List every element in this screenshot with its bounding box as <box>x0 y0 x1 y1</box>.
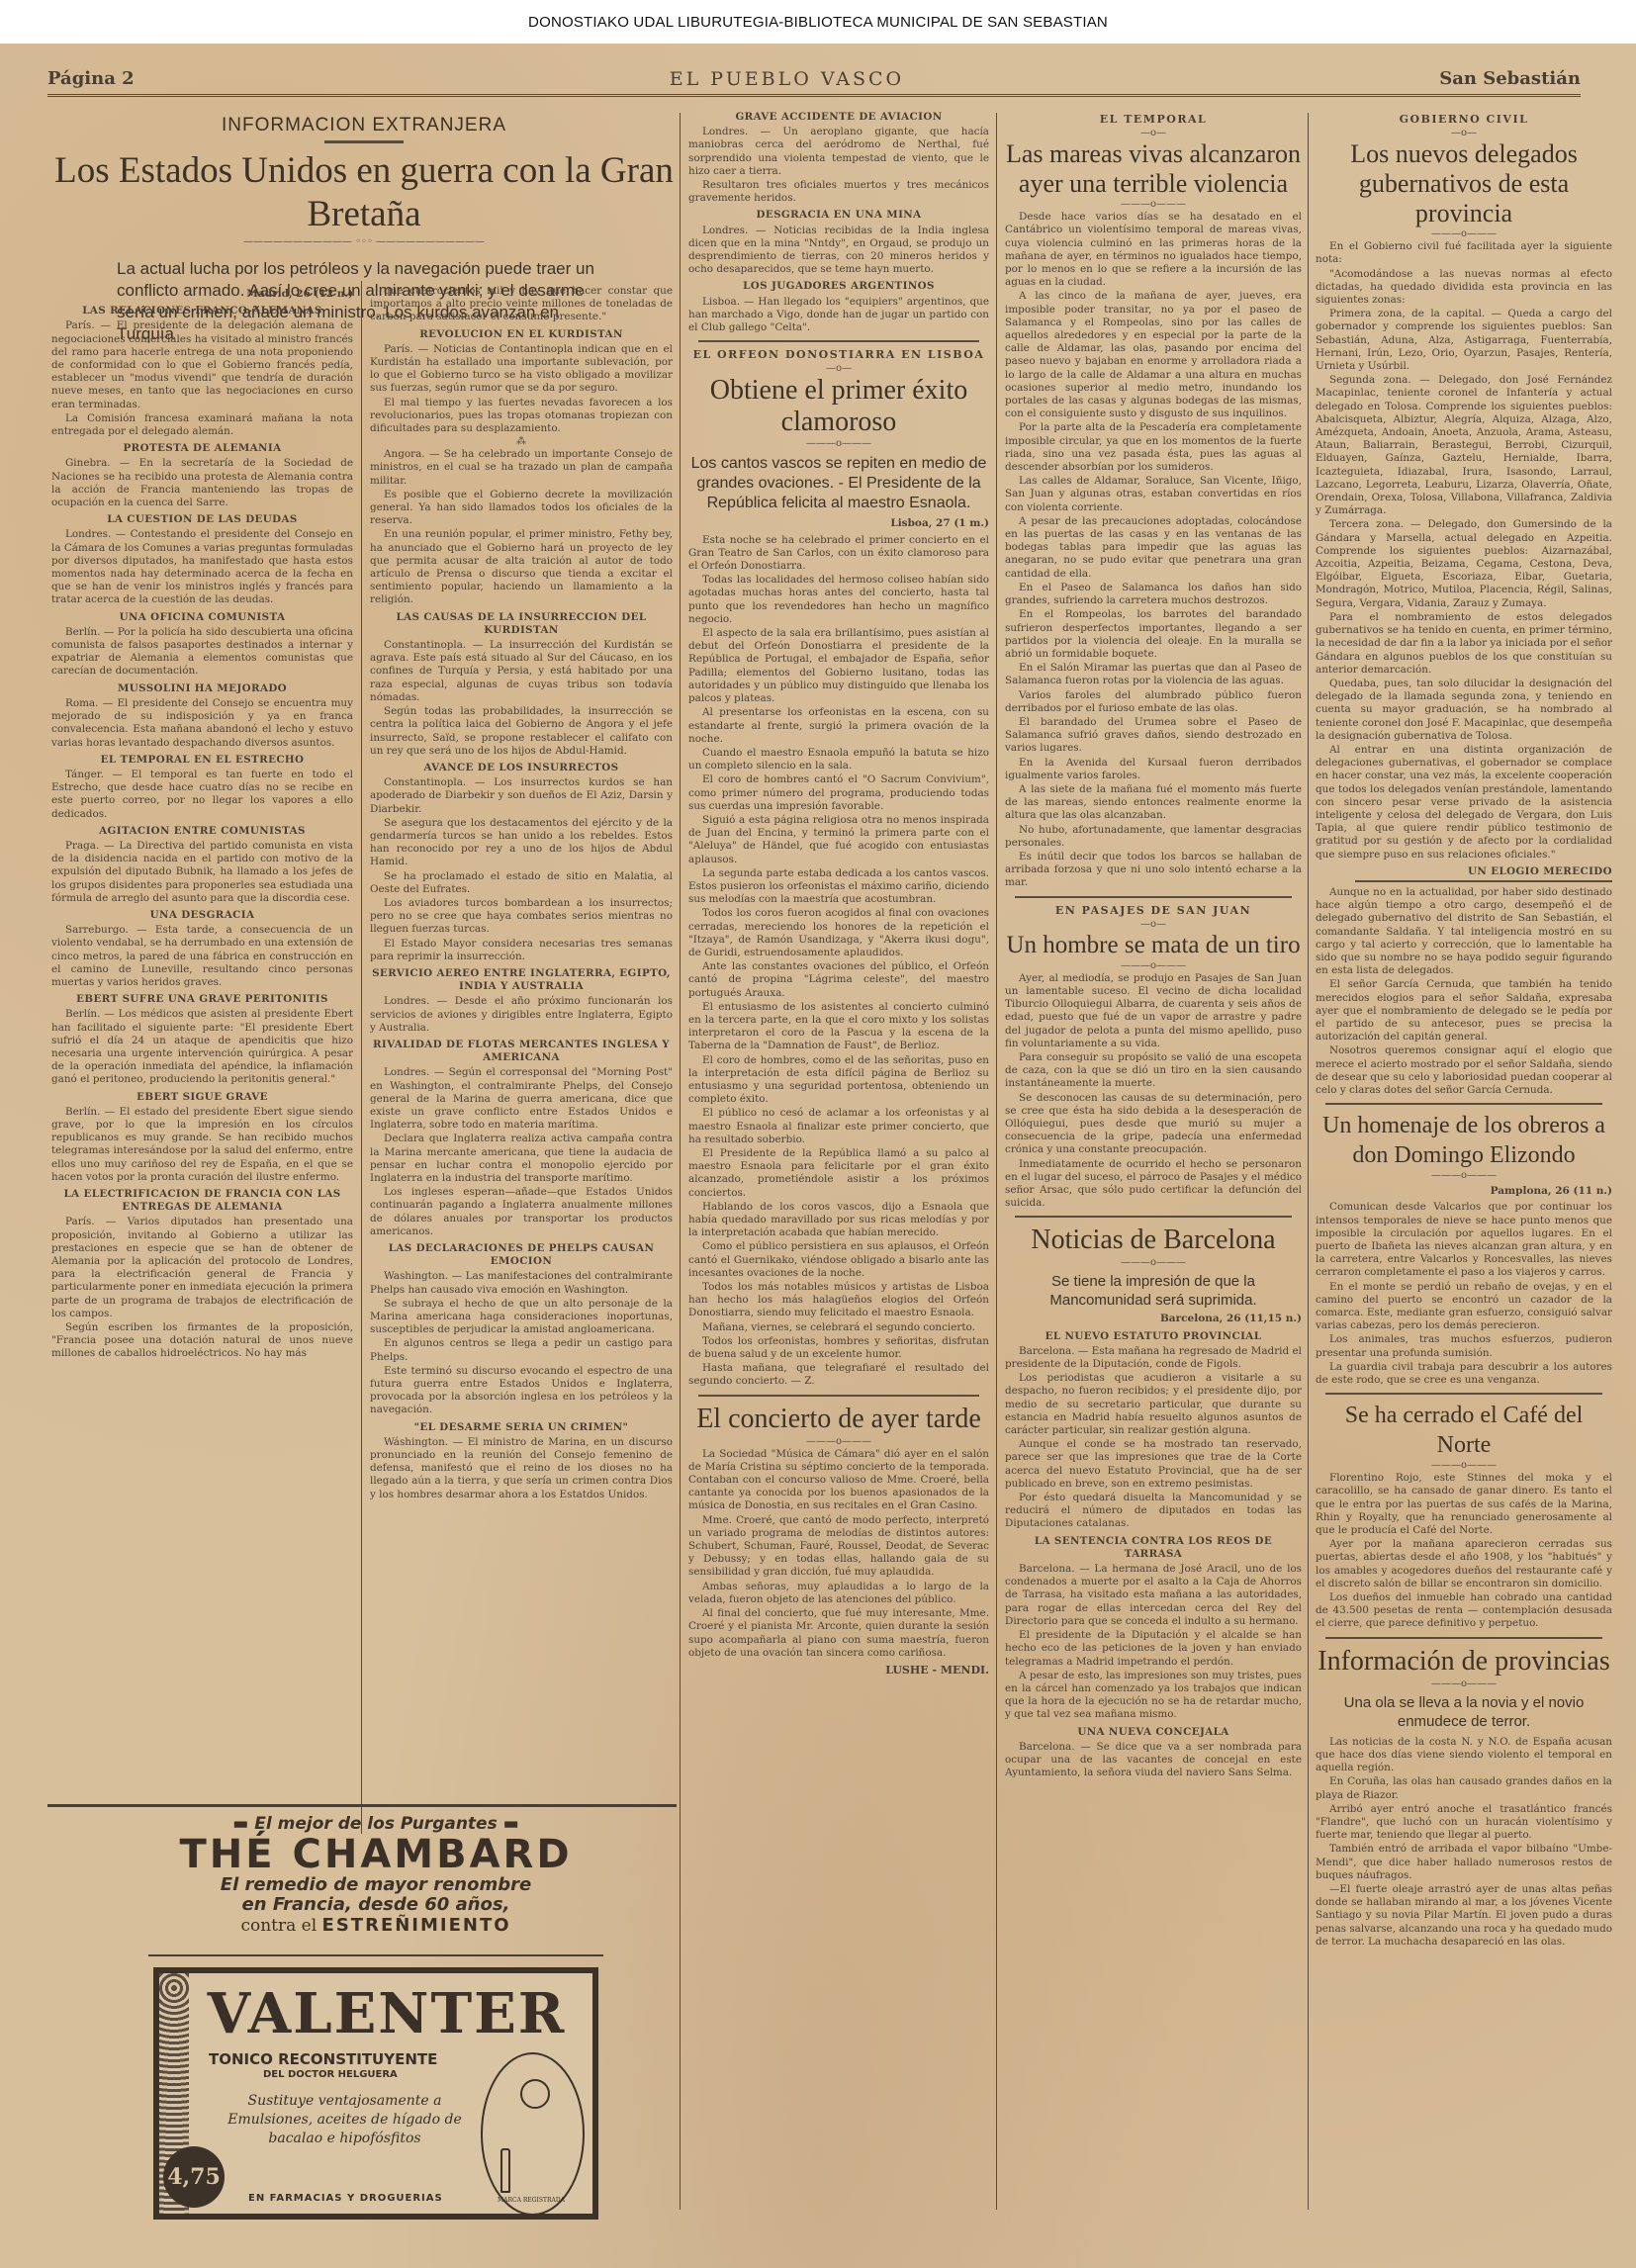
headline: Los nuevos delegados gubernativos de est… <box>1316 139 1612 228</box>
paragraph: En el Rompeolas, los barrotes del barand… <box>1005 608 1302 661</box>
column-rule <box>996 113 997 2210</box>
subhead: RIVALIDAD DE FLOTAS MERCANTES INGLESA Y … <box>370 1039 673 1064</box>
paragraph: Wáshington. — El ministro de Marina, en … <box>370 1436 673 1501</box>
ad-where: EN FARMACIAS Y DROGUERIAS <box>248 2193 443 2204</box>
paragraph: Hasta mañana, que telegrafiaré el result… <box>688 1362 989 1388</box>
paragraph: Al final del concierto, que fué muy inte… <box>688 1607 989 1660</box>
subhead: LA CUESTION DE LAS DEUDAS <box>51 513 353 526</box>
subhead: LAS RELACIONES FRANCO-ALEMANAS <box>51 305 353 318</box>
subhead: DESGRACIA EN UNA MINA <box>688 209 989 222</box>
paragraph: Siguió a esta página religiosa otra no m… <box>688 814 989 866</box>
subhead: SERVICIO AEREO ENTRE INGLATERRA, EGIPTO,… <box>370 967 673 993</box>
paragraph: El coro de hombres cantó el "O Sacrum Co… <box>688 773 989 813</box>
paragraph: Berlín. — Los médicos que asisten al pre… <box>51 1008 353 1086</box>
paragraph: Mañana, viernes, se celebrará el segundo… <box>688 1321 989 1334</box>
city-label: San Sebastián <box>1439 68 1581 89</box>
paragraph: El presidente de la Diputación y el alca… <box>1005 1629 1302 1669</box>
paragraph: Todos los coros fueron acogidos al final… <box>688 907 989 959</box>
woman-illustration-icon: MARCA REGISTRADA <box>481 2052 585 2216</box>
column-rule <box>361 281 362 1834</box>
paragraph: Ayer por la mañana aparecieron cerradas … <box>1316 1538 1612 1590</box>
ornament: ⁂ <box>370 436 673 448</box>
paragraph: El barandado del Urumea sobre el Paseo d… <box>1005 716 1302 756</box>
deck: Se tiene la impresión de que la Mancomun… <box>1005 1272 1302 1310</box>
headline: Información de provincias <box>1316 1645 1612 1678</box>
ad-the-chambard: ▬ El mejor de los Purgantes ▬ THÉ CHAMBA… <box>158 1814 593 1936</box>
paragraph: Los ingleses esperan—añade—que Estados U… <box>370 1186 673 1238</box>
paragraph: A pesar de esto, las impresiones son muy… <box>1005 1670 1302 1722</box>
paragraph: Por ésto quedará disuelta la Mancomunida… <box>1005 1492 1302 1531</box>
divider <box>1015 896 1292 898</box>
paragraph: La Sociedad "Música de Cámara" dió ayer … <box>688 1448 989 1513</box>
paragraph: Varios faroles del alumbrado público fue… <box>1005 689 1302 715</box>
divider <box>148 1954 603 1956</box>
subhead: PROTESTA DE ALEMANIA <box>51 442 353 455</box>
paragraph: Según todas las probabilidades, la insur… <box>370 705 673 758</box>
subhead: GRAVE ACCIDENTE DE AVIACION <box>688 111 989 124</box>
ad-script-text: Sustituye ventajosamente a Emulsiones, a… <box>204 2092 486 2148</box>
paragraph: Tercera zona. — Delegado, don Gumersindo… <box>1316 518 1612 609</box>
paragraph: Resultaron tres oficiales muertos y tres… <box>688 179 989 205</box>
divider <box>698 340 979 342</box>
paragraph: Londres. — Según el corresponsal del "Mo… <box>370 1066 673 1132</box>
column-4: EL TEMPORAL —o— Las mareas vivas alcanza… <box>1005 107 1302 1780</box>
paragraph: Segunda zona. — Delegado, don José Ferná… <box>1316 374 1612 517</box>
paragraph: Berlín. — El estado del presidente Ebert… <box>51 1106 353 1184</box>
paragraph: Se ha proclamado el estado de sitio en M… <box>370 870 673 896</box>
paragraph: Londres. — Noticias recibidas de la Indi… <box>688 225 989 277</box>
subhead: AVANCE DE LOS INSURRECTOS <box>370 762 673 774</box>
ornament: ———o——— <box>1005 1257 1302 1269</box>
ad-doctor: DEL DOCTOR HELGUERA <box>263 2069 398 2080</box>
headline: Obtiene el primer éxito clamoroso <box>688 375 989 438</box>
paragraph: A las cinco de la mañana de ayer, jueves… <box>1005 290 1302 420</box>
paragraph: Aunque el conde se ha mostrado tan reser… <box>1005 1438 1302 1491</box>
subhead: UNA NUEVA CONCEJALA <box>1005 1726 1302 1739</box>
paragraph: Los periodistas que acudieron a visitarl… <box>1005 1372 1302 1437</box>
divider <box>1015 1216 1292 1218</box>
paragraph: Todas las localidades del hermoso colise… <box>688 574 989 626</box>
subhead: EL NUEVO ESTATUTO PROVINCIAL <box>1005 1330 1302 1343</box>
subhead: LAS CAUSAS DE LA INSURRECCION DEL KURDIS… <box>370 611 673 637</box>
paragraph: Ante las constantes ovaciones del públic… <box>688 960 989 1000</box>
newspaper-page: Página 2 EL PUEBLO VASCO San Sebastián I… <box>0 44 1636 2268</box>
trademark-label: MARCA REGISTRADA <box>498 2197 565 2204</box>
headline: El concierto de ayer tarde <box>688 1403 989 1436</box>
paragraph: A las siete de la mañana fué el momento … <box>1005 783 1302 823</box>
paragraph: El coro de hombres, como el de las señor… <box>688 1054 989 1107</box>
section-kicker: GOBIERNO CIVIL <box>1316 113 1612 126</box>
paragraph: Angora. — Se ha celebrado un importante … <box>370 448 673 488</box>
paragraph: Quedaba, pues, tan solo dilucidar la des… <box>1316 678 1612 743</box>
column-2: que cuatrocientos mil y hay que hacer co… <box>370 285 673 1502</box>
paragraph: En el Paseo de Salamanca los daños han s… <box>1005 582 1302 607</box>
paragraph: Para conseguir su propósito se valió de … <box>1005 1051 1302 1091</box>
subhead: UNA OFICINA COMUNISTA <box>51 611 353 624</box>
paragraph: Esta noche se ha celebrado el primer con… <box>688 534 989 574</box>
paragraph: Tánger. — El temporal es tan fuerte en t… <box>51 769 353 821</box>
deck: Los cantos vascos se repiten en medio de… <box>688 454 989 513</box>
ad-line: contra el ESTREÑIMIENTO <box>158 1915 593 1936</box>
ornament: ———o——— <box>688 1436 989 1448</box>
ad-brand: VALENTER <box>199 1981 575 2046</box>
headline: Un homenaje de los obreros a don Domingo… <box>1316 1111 1612 1170</box>
paragraph: El mal tiempo y las fuertes nevadas favo… <box>370 397 673 436</box>
paragraph: Se subraya el hecho de que un alto perso… <box>370 1298 673 1337</box>
subhead: LOS JUGADORES ARGENTINOS <box>688 280 989 293</box>
paragraph: Al presentarse los orfeonistas en la esc… <box>688 706 989 746</box>
column-rule <box>680 113 681 2210</box>
paragraph: Inmediatamente de ocurrido el hecho se p… <box>1005 1158 1302 1211</box>
paragraph: Praga. — La Directiva del partido comuni… <box>51 840 353 905</box>
paragraph: Nosotros queremos consignar aquí el elog… <box>1316 1044 1612 1097</box>
ornament: —o— <box>1005 919 1302 931</box>
paragraph: Londres. — Contestando el presidente del… <box>51 528 353 606</box>
paragraph: Comunican desde Valcarlos que por contin… <box>1316 1201 1612 1279</box>
paragraph: Para el nombramiento de estos delegados … <box>1316 611 1612 677</box>
paragraph: Se desconocen las causas de su determina… <box>1005 1092 1302 1157</box>
page-number: Página 2 <box>47 68 135 89</box>
paragraph: Florentino Rojo, este Stinnes del moka y… <box>1316 1472 1612 1537</box>
paragraph: En el monte se perdió un rebaño de oveja… <box>1316 1281 1612 1333</box>
ad-line: ▬ El mejor de los Purgantes ▬ <box>158 1814 593 1834</box>
paragraph: Cuando el maestro Esnaola empuñó la batu… <box>688 747 989 772</box>
paragraph: Ginebra. — En la secretaría de la Socied… <box>51 457 353 509</box>
paragraph: En el Salón Miramar las puertas que dan … <box>1005 662 1302 687</box>
paragraph: Todos los más notables músicos y artista… <box>688 1281 989 1320</box>
paragraph: Todos los orfeonistas, hombres y señorit… <box>688 1335 989 1361</box>
paragraph: —El fuerte oleaje arrastró ayer de unas … <box>1316 1883 1612 1949</box>
paragraph: No hubo, afortunadamente, que lamentar d… <box>1005 824 1302 850</box>
divider <box>698 1395 979 1397</box>
paragraph: Berlín. — Por la policía ha sido descubi… <box>51 626 353 679</box>
paragraph: A pesar de las precauciones adoptadas, c… <box>1005 515 1302 581</box>
ad-line: El remedio de mayor renombre <box>158 1875 593 1895</box>
paragraph: Los dueños del inmueble han cobrado una … <box>1316 1591 1612 1631</box>
ornament: —o— <box>1316 128 1612 139</box>
ad-brand: THÉ CHAMBARD <box>158 1834 593 1875</box>
signature: LUSHE - MENDI. <box>688 1664 989 1677</box>
paragraph: El público no cesó de aclamar a los orfe… <box>688 1107 989 1146</box>
paragraph: En la Avenida del Kursaal fueron derriba… <box>1005 757 1302 782</box>
paragraph: El señor García Cernuda, que también ha … <box>1316 978 1612 1043</box>
paragraph: Sarreburgo. — Esta tarde, a consecuencia… <box>51 924 353 989</box>
paragraph: El entusiasmo de los asistentes al conci… <box>688 1001 989 1053</box>
paragraph: Los animales, tras muchos esfuerzos, pud… <box>1316 1333 1612 1359</box>
paragraph: Las calles de Aldamar, Soraluce, San Vic… <box>1005 475 1302 514</box>
paragraph: Se asegura que los destacamentos del ejé… <box>370 817 673 869</box>
paragraph: Primera zona, de la capital. — Queda a c… <box>1316 308 1612 373</box>
paragraph: Hablando de los coros vascos, dijo a Esn… <box>688 1201 989 1240</box>
ornament: ———o——— <box>1316 228 1612 240</box>
paragraph: En una reunión popular, el primer minist… <box>370 528 673 606</box>
column-1: Madrid, 26 (12 n.) LAS RELACIONES FRANCO… <box>51 285 353 1362</box>
column-5: GOBIERNO CIVIL —o— Los nuevos delegados … <box>1316 107 1612 1950</box>
headline: Los Estados Unidos en guerra con la Gran… <box>47 149 681 236</box>
paragraph: Es posible que el Gobierno decrete la mo… <box>370 489 673 528</box>
paragraph: Las noticias de la costa N. y N.O. de Es… <box>1316 1736 1612 1775</box>
bottle-icon <box>500 2148 510 2193</box>
ornament: ———o——— <box>1316 1170 1612 1182</box>
newspaper-title: EL PUEBLO VASCO <box>670 68 904 90</box>
figure-head-icon <box>520 2079 550 2109</box>
paragraph: Según escriben los firmantes de la propo… <box>51 1321 353 1361</box>
paragraph: Como el público persistiera en sus aplau… <box>688 1240 989 1280</box>
headline: Un hombre se mata de un tiro <box>1005 931 1302 960</box>
divider <box>1325 1637 1602 1639</box>
paragraph: Declara que Inglaterra realiza activa ca… <box>370 1133 673 1185</box>
headline: Las mareas vivas alcanzaron ayer una ter… <box>1005 139 1302 199</box>
paragraph: París. — Varios diputados han presentado… <box>51 1216 353 1320</box>
paragraph: La Comisión francesa examinará mañana la… <box>51 412 353 438</box>
section-kicker: EL ORFEON DONOSTIARRA EN LISBOA <box>688 348 989 361</box>
paragraph: En Coruña, las olas han causado grandes … <box>1316 1775 1612 1801</box>
ornament: —o— <box>688 363 989 375</box>
subhead: UN ELOGIO MERECIDO <box>1316 865 1612 878</box>
paragraph: Es inútil decir que todos los barcos se … <box>1005 851 1302 890</box>
ornament: ———o——— <box>1316 1460 1612 1472</box>
ornament: ———o——— <box>1005 960 1302 972</box>
divider <box>1325 1103 1602 1105</box>
paragraph: Barcelona. — La hermana de José Aracil, … <box>1005 1563 1302 1628</box>
subhead: UNA DESGRACIA <box>51 909 353 922</box>
dateline: Pamplona, 26 (11 n.) <box>1316 1185 1612 1198</box>
paragraph: "Acomodándose a las nuevas normas al efe… <box>1316 268 1612 308</box>
paragraph: Por la parte alta de la Pescadería era c… <box>1005 421 1302 474</box>
paragraph: Lisboa. — Han llegado los "equipiers" ar… <box>688 296 989 335</box>
paragraph: París. — Noticias de Contantinopla indic… <box>370 343 673 396</box>
paragraph: Washington. — Las manifestaciones del co… <box>370 1270 673 1296</box>
masthead: Página 2 EL PUEBLO VASCO San Sebastián <box>47 67 1581 97</box>
subhead: REVOLUCION EN EL KURDISTAN <box>370 328 673 341</box>
archive-header: DONOSTIAKO UDAL LIBURUTEGIA-BIBLIOTECA M… <box>0 0 1636 44</box>
paragraph: que cuatrocientos mil y hay que hacer co… <box>370 285 673 324</box>
divider <box>47 1804 677 1807</box>
subhead: "EL DESARME SERIA UN CRIMEN" <box>370 1421 673 1434</box>
divider <box>324 140 404 143</box>
section-kicker: INFORMACION EXTRANJERA <box>47 115 681 136</box>
paragraph: Mme. Croeré, que cantó de modo perfecto,… <box>688 1514 989 1580</box>
subhead: MUSSOLINI HA MEJORADO <box>51 682 353 695</box>
ornament: ———o——— <box>1316 1678 1612 1690</box>
divider <box>1325 1393 1602 1395</box>
paragraph: Ambas señoras, muy aplaudidas a lo largo… <box>688 1581 989 1606</box>
divider <box>1355 880 1612 882</box>
paragraph: Este terminó su discurso evocando el esp… <box>370 1365 673 1417</box>
paragraph: Aunque no en la actualidad, por haber si… <box>1316 886 1612 977</box>
ad-valenter: VALENTER TONICO RECONSTITUYENTE DEL DOCT… <box>153 1967 598 2220</box>
paragraph: Barcelona. — Se dice que va a ser nombra… <box>1005 1741 1302 1780</box>
ornament: ———o——— <box>1005 199 1302 211</box>
ornament: —o— <box>1005 128 1302 139</box>
headline: Noticias de Barcelona <box>1005 1224 1302 1257</box>
deck: Una ola se lleva a la novia y el novio e… <box>1316 1693 1612 1731</box>
paragraph: París. — El presidente de la delegación … <box>51 319 353 410</box>
paragraph: Al entrar en una distinta organización d… <box>1316 744 1612 862</box>
price-badge: 4,75 <box>163 2146 225 2208</box>
paragraph: Ayer, al mediodía, se produjo en Pasajes… <box>1005 972 1302 1050</box>
paragraph: El Presidente de la República llamó a su… <box>688 1147 989 1200</box>
subhead: LAS DECLARACIONES DE PHELPS CAUSAN EMOCI… <box>370 1242 673 1268</box>
paragraph: Londres. — Un aeroplano gigante, que hac… <box>688 126 989 178</box>
paragraph: Arribó ayer entró anoche el trasatlántic… <box>1316 1803 1612 1843</box>
paragraph: Londres. — Desde el año próximo funciona… <box>370 995 673 1035</box>
ad-tagline: TONICO RECONSTITUYENTE <box>209 2050 437 2068</box>
paragraph: El aspecto de la sala era brillantísimo,… <box>688 627 989 705</box>
section-kicker: EN PASAJES DE SAN JUAN <box>1005 904 1302 917</box>
column-3: GRAVE ACCIDENTE DE AVIACION Londres. — U… <box>688 107 989 1677</box>
paragraph: En el Gobierno civil fué facilitada ayer… <box>1316 240 1612 266</box>
paragraph: También entró de arribada el vapor bilba… <box>1316 1843 1612 1882</box>
dateline: Madrid, 26 (12 n.) <box>51 288 353 301</box>
paragraph: La segunda parte estaba dedicada a los c… <box>688 867 989 907</box>
subhead: EBERT SIGUE GRAVE <box>51 1091 353 1104</box>
subhead: EL TEMPORAL EN EL ESTRECHO <box>51 754 353 767</box>
column-rule <box>1308 113 1309 2210</box>
paragraph: Constantinopla. — La insurrección del Ku… <box>370 639 673 704</box>
paragraph: Constantinopla. — Los insurrectos kurdos… <box>370 776 673 816</box>
paragraph: Los aviadores turcos bombardean a los in… <box>370 897 673 937</box>
subhead: EBERT SUFRE UNA GRAVE PERITONITIS <box>51 993 353 1006</box>
dateline: Barcelona, 26 (11,15 n.) <box>1005 1313 1302 1325</box>
dateline: Lisboa, 27 (1 m.) <box>688 517 989 530</box>
paragraph: Desde hace varios días se ha desatado en… <box>1005 211 1302 289</box>
ornament: ———o——— <box>688 438 989 450</box>
section-kicker: EL TEMPORAL <box>1005 113 1302 126</box>
subhead: LA SENTENCIA CONTRA LOS REOS DE TARRASA <box>1005 1535 1302 1561</box>
subhead: LA ELECTRIFICACION DE FRANCIA CON LAS EN… <box>51 1188 353 1214</box>
paragraph: En algunos centros se llega a pedir un c… <box>370 1337 673 1363</box>
paragraph: Roma. — El presidente del Consejo se enc… <box>51 697 353 750</box>
subhead: AGITACION ENTRE COMUNISTAS <box>51 825 353 838</box>
ornament: ——————————— ◦◦◦ ——————————— <box>47 236 681 248</box>
paragraph: La guardia civil trabaja para descubrir … <box>1316 1361 1612 1387</box>
paragraph: Barcelona. — Esta mañana ha regresado de… <box>1005 1345 1302 1371</box>
headline: Se ha cerrado el Café del Norte <box>1316 1401 1612 1460</box>
paragraph: El Estado Mayor considera necesarias tre… <box>370 938 673 963</box>
ad-line: en Francia, desde 60 años, <box>158 1895 593 1915</box>
